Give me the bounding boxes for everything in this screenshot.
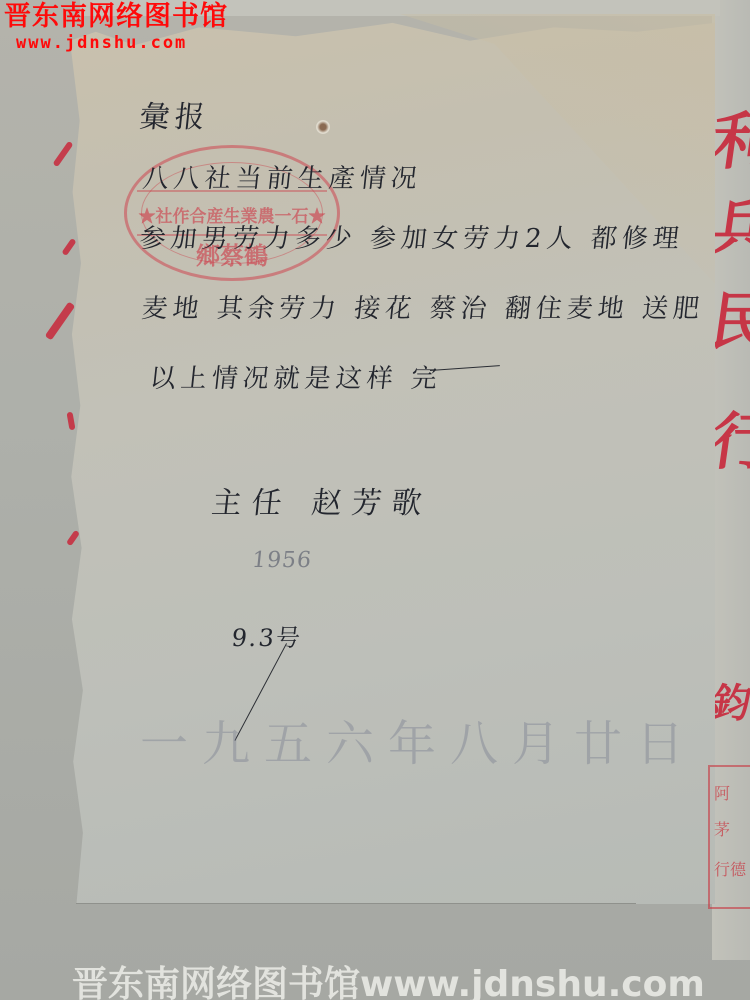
paper-edge xyxy=(76,903,636,904)
report-line-2: 参加男劳力多少 参加女劳力2人 都修理 xyxy=(138,218,686,255)
signature-title: 主任 xyxy=(210,478,295,522)
report-line-1: 八八社当前生產情况 xyxy=(141,158,424,195)
date-annotation: 9.3号 xyxy=(230,618,304,653)
signature-name: 赵芳歌 xyxy=(310,478,435,522)
year-annotation: 1956 xyxy=(251,548,314,573)
punch-hole xyxy=(316,120,330,134)
bleed-through-text: 一九五六年八月廿日 xyxy=(140,705,698,774)
watermark-title: 晋东南网络图书馆 xyxy=(4,2,228,32)
report-line-4: 以上情况就是这样 完 xyxy=(148,358,444,395)
watermark-top: 晋东南网络图书馆 www.jdnshu.com xyxy=(4,2,228,54)
document-heading: 彙报 xyxy=(138,92,213,136)
underlying-seal-text: 阿 xyxy=(714,781,730,804)
report-line-3: 麦地 其余劳力 接花 蔡治 翻住麦地 送肥 xyxy=(140,288,706,325)
underlying-seal-text: 行德 xyxy=(714,857,746,880)
underlying-seal: 阿 茅 行德 xyxy=(708,765,750,909)
watermark-url: www.jdnshu.com xyxy=(4,32,228,54)
underlying-seal-text: 茅 xyxy=(714,817,730,840)
watermark-bottom: 晋东南网络图书馆www.jdnshu.com xyxy=(72,956,705,1000)
